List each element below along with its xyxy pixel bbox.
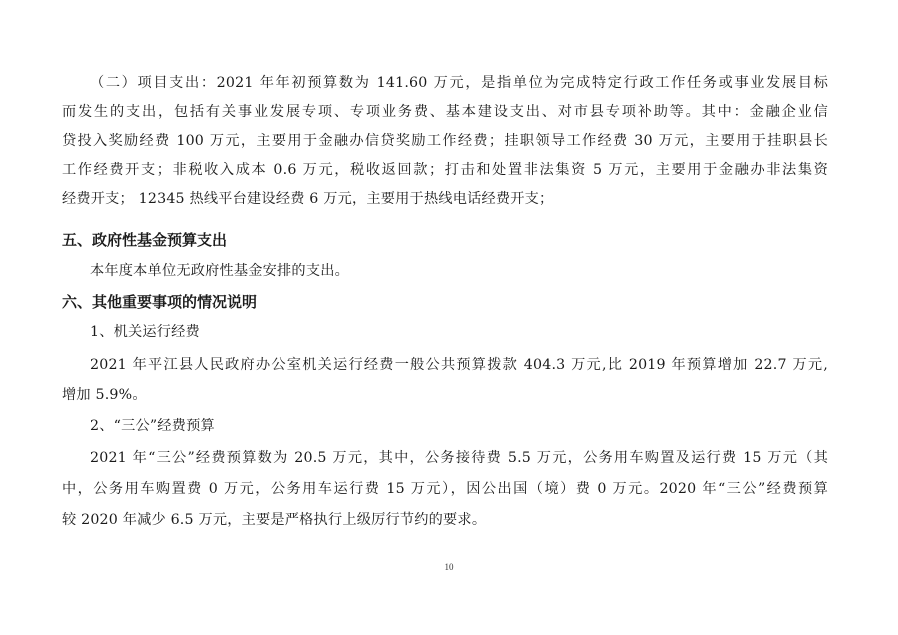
paragraph-line: 较 2020 年减少 6.5 万元，主要是严格执行上级厉行节约的要求。 — [62, 509, 828, 531]
paragraph-line: 贷投入奖励经费 100 万元，主要用于金融办信贷奖励工作经费；挂职领导工作经费 … — [62, 130, 828, 152]
paragraph-line: 工作经费开支；非税收入成本 0.6 万元，税收返回款；打击和处置非法集资 5 万… — [62, 159, 828, 181]
subsection-title-three-public-expenses: 2、“三公”经费预算 — [90, 415, 828, 437]
paragraph-line: 中，公务用车购置费 0 万元，公务用车运行费 15 万元），因公出国（境）费 0… — [62, 478, 828, 500]
paragraph-line: 2021 年“三公”经费预算数为 20.5 万元，其中，公务接待费 5.5 万元… — [90, 447, 828, 469]
subsection-title-operating-expenses: 1、机关运行经费 — [90, 321, 828, 343]
section-heading-other-matters: 六、其他重要事项的情况说明 — [62, 291, 257, 313]
section-body: 本年度本单位无政府性基金安排的支出。 — [90, 260, 828, 282]
paragraph-line: 2021 年平江县人民政府办公室机关运行经费一般公共预算拨款 404.3 万元,… — [90, 354, 828, 376]
paragraph-line: （二）项目支出：2021 年年初预算数为 141.60 万元，是指单位为完成特定… — [90, 72, 828, 94]
paragraph-line: 增加 5.9%。 — [62, 384, 828, 406]
document-page: （二）项目支出：2021 年年初预算数为 141.60 万元，是指单位为完成特定… — [0, 0, 898, 635]
paragraph-line: 经费开支； 12345 热线平台建设经费 6 万元，主要用于热线电话经费开支； — [62, 188, 828, 210]
page-number: 10 — [0, 562, 898, 572]
section-heading-government-fund: 五、政府性基金预算支出 — [62, 229, 227, 251]
paragraph-line: 而发生的支出，包括有关事业发展专项、专项业务费、基本建设支出、对市县专项补助等。… — [62, 101, 828, 123]
